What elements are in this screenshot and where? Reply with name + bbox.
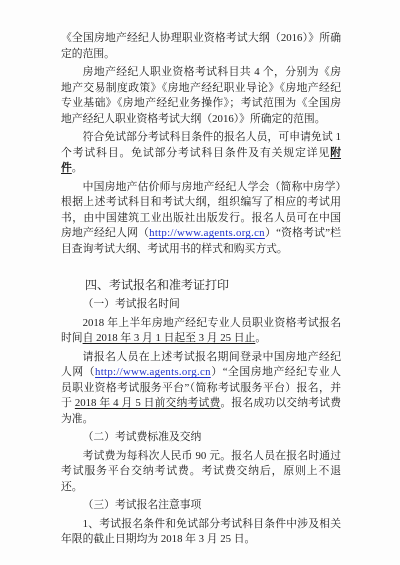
- text-run: 2018 年 4 月 5 日前交纳考试费: [75, 397, 221, 409]
- paragraph: （二）考试费标准及交纳: [61, 430, 341, 446]
- paragraph: 符合免试部分考试科目条件的报名人员，可申请免试 1 个考试科目。免试部分考试科目…: [61, 130, 341, 177]
- text-run: 符合免试部分考试科目条件的报名人员，可申请免试 1 个考试科目。免试部分考试科目…: [61, 131, 341, 159]
- text-run: 。: [255, 332, 266, 344]
- text-run: 《全国房地产经纪人协理职业资格考试大纲（2016）》所确定的范围。: [61, 32, 341, 60]
- text-run: （二）考试费标准及交纳: [83, 431, 202, 443]
- document-page: 《全国房地产经纪人协理职业资格考试大纲（2016）》所确定的范围。房地产经纪人职…: [0, 0, 400, 565]
- text-run: 房地产经纪人职业资格考试科目共 4 个，分别为《房地产交易制度政策》《房地产经纪…: [61, 66, 341, 125]
- hyperlink[interactable]: http://www.agents.org.cn: [149, 227, 265, 239]
- text-run: 自 2018 年 3 月 1 日起至 3 月 25 日止: [83, 332, 256, 344]
- text-run: 考试费为每科次人民币 90 元。报名人员在报名时通过考试服务平台交纳考试费。考试…: [61, 450, 341, 493]
- text-run: （三）考试报名注意事项: [83, 499, 202, 511]
- text-run: 四、考试报名和准考证打印: [85, 278, 229, 292]
- paragraph: 考试费为每科次人民币 90 元。报名人员在报名时通过考试服务平台交纳考试费。考试…: [61, 449, 341, 496]
- text-run: 1、考试报名条件和免试部分考试科目条件中涉及相关年限的截止日期均为 2018 年…: [61, 518, 341, 546]
- text-run: 。: [72, 162, 83, 174]
- paragraph: 房地产经纪人职业资格考试科目共 4 个，分别为《房地产交易制度政策》《房地产经纪…: [61, 65, 341, 127]
- hyperlink[interactable]: http://www.agents.org.cn: [95, 366, 211, 378]
- paragraph: 中国房地产估价师与房地产经纪人学会（简称中房学）根据上述考试科目和考试大纲，组织…: [61, 180, 341, 258]
- paragraph: （一）考试报名时间: [61, 297, 341, 313]
- paragraph: 《全国房地产经纪人协理职业资格考试大纲（2016）》所确定的范围。: [61, 31, 341, 62]
- paragraph: 1、考试报名条件和免试部分考试科目条件中涉及相关年限的截止日期均为 2018 年…: [61, 517, 341, 548]
- paragraph: 请报名人员在上述考试报名期间登录中国房地产经纪人网（http://www.age…: [61, 350, 341, 428]
- text-run: （一）考试报名时间: [83, 298, 180, 310]
- section-heading: 四、考试报名和准考证打印: [61, 277, 341, 293]
- paragraph: 2018 年上半年房地产经纪专业人员职业资格考试报名时间自 2018 年 3 月…: [61, 316, 341, 347]
- document-body: 《全国房地产经纪人协理职业资格考试大纲（2016）》所确定的范围。房地产经纪人职…: [61, 31, 341, 548]
- paragraph: （三）考试报名注意事项: [61, 498, 341, 514]
